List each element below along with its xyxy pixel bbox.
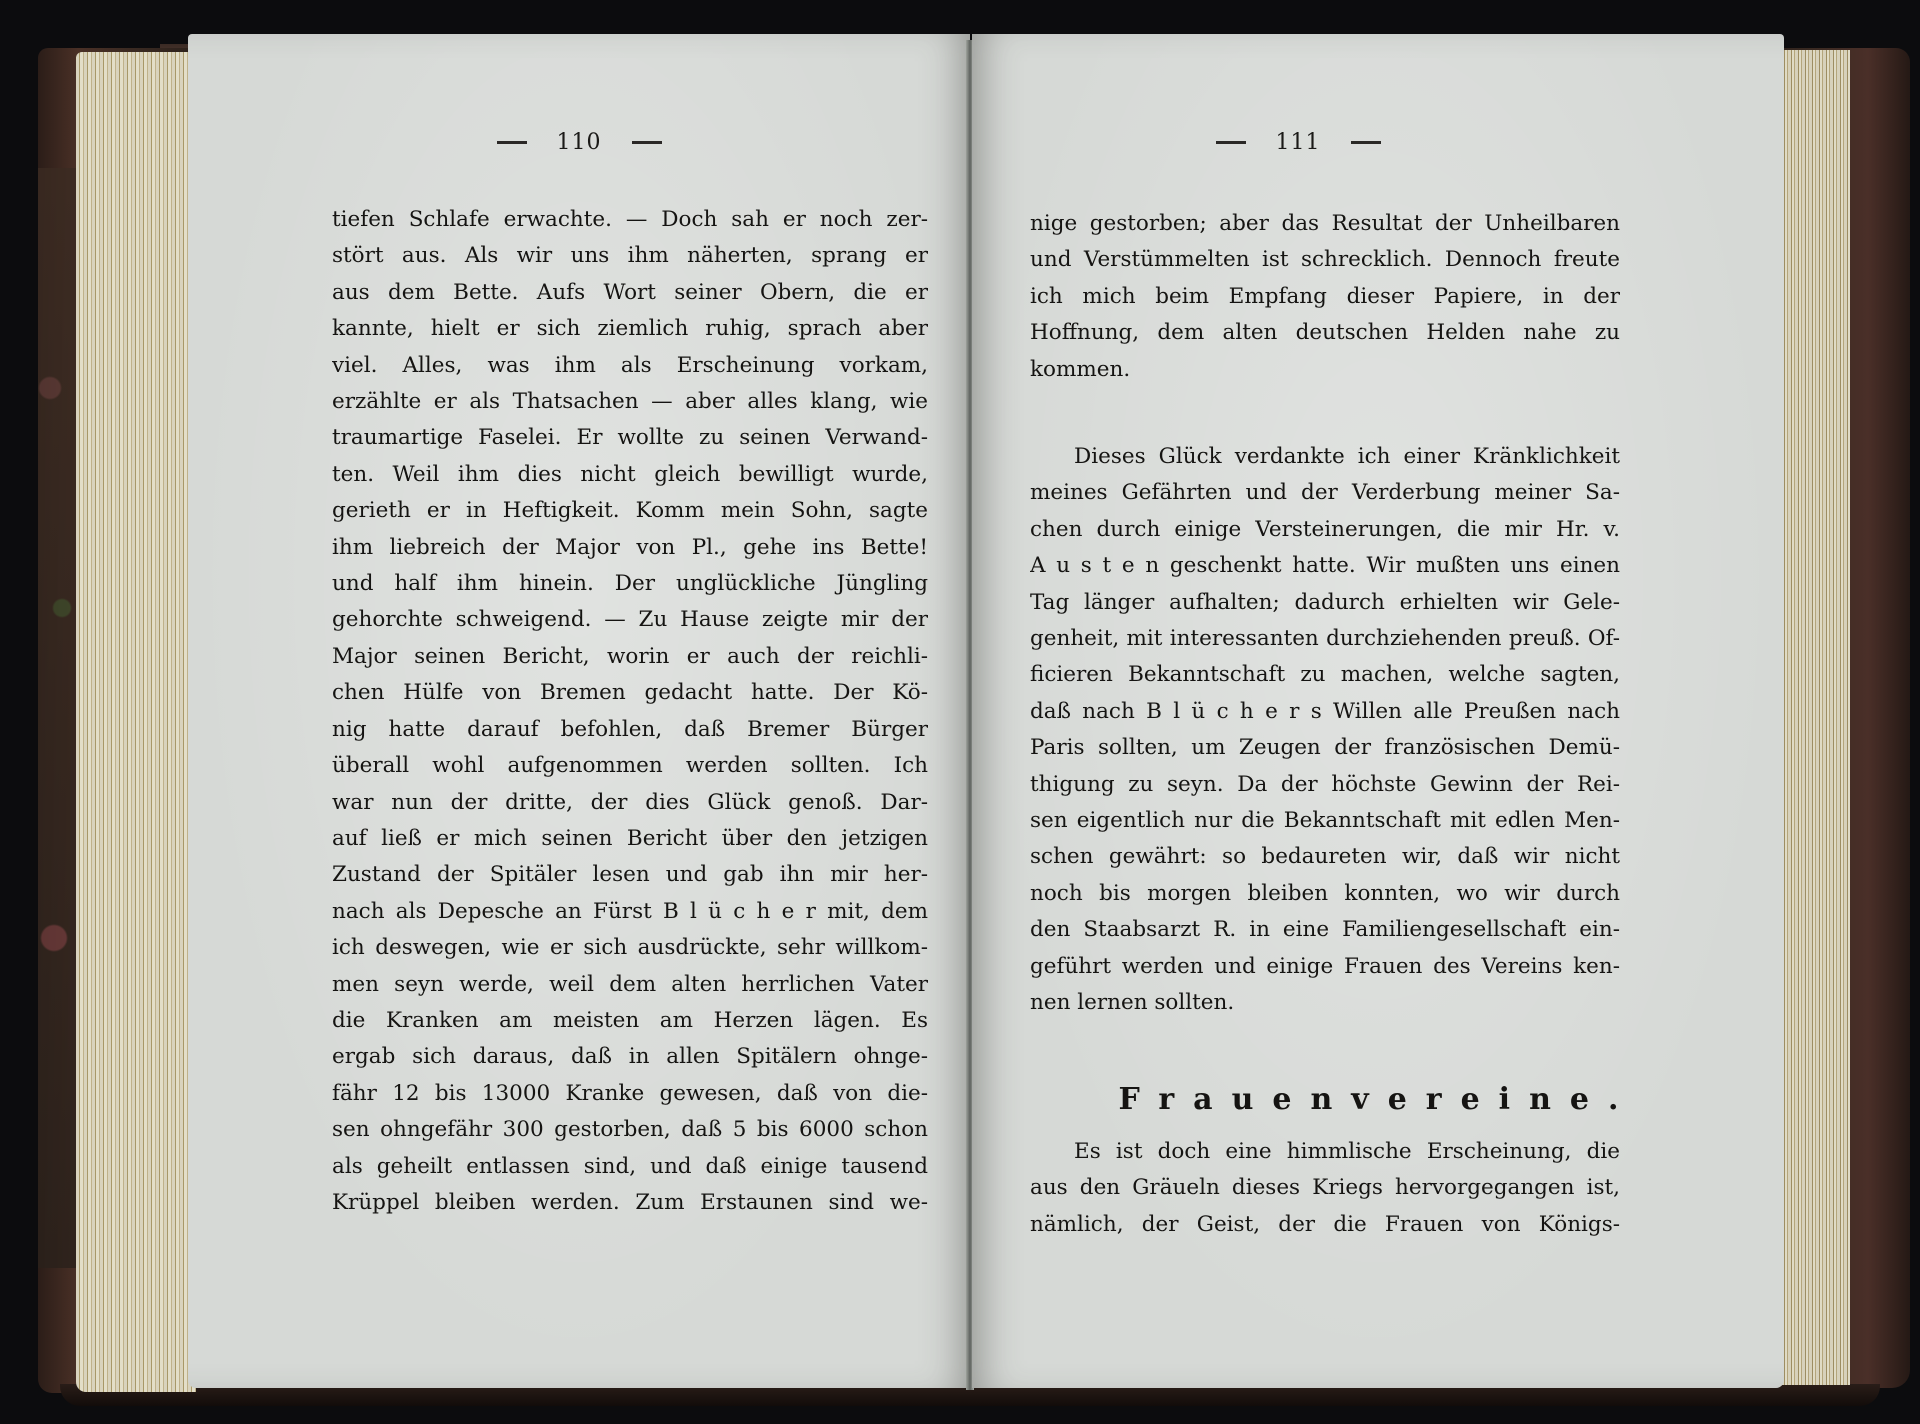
text-line: men seyn werde, weil dem alten herrliche… <box>332 967 928 1003</box>
text-line: Es ist doch eine himmlische Erscheinung,… <box>1030 1134 1620 1170</box>
header-dash <box>1351 141 1381 144</box>
text-line: ich mich beim Empfang dieser Papiere, in… <box>1030 279 1620 315</box>
page-number: 111 <box>1276 130 1321 155</box>
left-page-text: tiefen Schlafe erwachte. — Doch sah er n… <box>332 202 928 1221</box>
paragraph-frauenvereine: Es ist doch eine himmlische Erscheinung,… <box>1030 1134 1620 1243</box>
text-line: A u s t e n geschenkt hatte. Wir mußten … <box>1030 548 1620 584</box>
text-line: sen eigentlich nur die Bekanntschaft mit… <box>1030 803 1620 839</box>
paragraph-continuation: nige gestorben; aber das Resultat der Un… <box>1030 206 1620 388</box>
text-line: Tag länger aufhalten; dadurch erhielten … <box>1030 585 1620 621</box>
text-line: gehorchte schweigend. — Zu Hause zeigte … <box>332 602 928 638</box>
text-line: Paris sollten, um Zeugen der französisch… <box>1030 730 1620 766</box>
text-line: nach als Depesche an Fürst B l ü c h e r… <box>332 894 928 930</box>
text-line: aus den Gräueln dieses Kriegs hervorgega… <box>1030 1170 1620 1206</box>
text-line: den Staabsarzt R. in eine Familiengesell… <box>1030 912 1620 948</box>
header-dash <box>497 141 527 144</box>
text-line: geführt werden und einige Frauen des Ver… <box>1030 949 1620 985</box>
text-line: Dieses Glück verdankte ich einer Kränkli… <box>1030 439 1620 475</box>
header-dash <box>1216 141 1246 144</box>
paragraph-gluck: Dieses Glück verdankte ich einer Kränkli… <box>1030 439 1620 1022</box>
text-line: ihm liebreich der Major von Pl., gehe in… <box>332 530 928 566</box>
text-line: tiefen Schlafe erwachte. — Doch sah er n… <box>332 202 928 238</box>
page-number: 110 <box>557 130 602 155</box>
text-line: meines Gefährten und der Verderbung mein… <box>1030 475 1620 511</box>
text-line: kommen. <box>1030 352 1620 388</box>
text-line: genheit, mit interessanten durchziehende… <box>1030 621 1620 657</box>
text-line: überall wohl aufgenommen werden sollten.… <box>332 748 928 784</box>
text-line: und Verstümmelten ist schrecklich. Denno… <box>1030 242 1620 278</box>
text-line: kannte, hielt er sich ziemlich ruhig, sp… <box>332 311 928 347</box>
section-heading: Frauenvereine. <box>972 1082 1784 1117</box>
text-line: ficieren Bekanntschaft zu machen, welche… <box>1030 657 1620 693</box>
text-line: und half ihm hinein. Der unglückliche Jü… <box>332 566 928 602</box>
open-book: 110 tiefen Schlafe erwachte. — Doch sah … <box>0 0 1920 1424</box>
text-line: Zustand der Spitäler lesen und gab ihn m… <box>332 857 928 893</box>
text-line: Krüppel bleiben werden. Zum Erstaunen si… <box>332 1185 928 1221</box>
text-line: thigung zu seyn. Da der höchste Gewinn d… <box>1030 767 1620 803</box>
left-page: 110 tiefen Schlafe erwachte. — Doch sah … <box>188 34 970 1388</box>
text-line: nige gestorben; aber das Resultat der Un… <box>1030 206 1620 242</box>
text-line: noch bis morgen bleiben konnten, wo wir … <box>1030 876 1620 912</box>
text-line: daß nach B l ü c h e r s Willen alle Pre… <box>1030 694 1620 730</box>
text-line: nämlich, der Geist, der die Frauen von K… <box>1030 1207 1620 1243</box>
text-line: chen durch einige Versteinerungen, die m… <box>1030 512 1620 548</box>
page-header-right: 111 <box>892 130 1704 155</box>
text-line: chen Hülfe von Bremen gedacht hatte. Der… <box>332 675 928 711</box>
text-line: fähr 12 bis 13000 Kranke gewesen, daß vo… <box>332 1076 928 1112</box>
text-line: schen gewährt: so bedaureten wir, daß wi… <box>1030 839 1620 875</box>
text-line: aus dem Bette. Aufs Wort seiner Obern, d… <box>332 275 928 311</box>
text-line: war nun der dritte, der dies Glück genoß… <box>332 785 928 821</box>
page-edges-left <box>76 52 196 1392</box>
text-line: ergab sich daraus, daß in allen Spitäler… <box>332 1039 928 1075</box>
text-line: sen ohngefähr 300 gestorben, daß 5 bis 6… <box>332 1112 928 1148</box>
text-line: auf ließ er mich seinen Bericht über den… <box>332 821 928 857</box>
text-line: nen lernen sollten. <box>1030 985 1620 1021</box>
text-line: Major seinen Bericht, worin er auch der … <box>332 639 928 675</box>
text-line: gerieth er in Heftigkeit. Komm mein Sohn… <box>332 493 928 529</box>
text-line: Hoffnung, dem alten deutschen Helden nah… <box>1030 315 1620 351</box>
text-line: die Kranken am meisten am Herzen lägen. … <box>332 1003 928 1039</box>
text-line: nig hatte darauf befohlen, daß Bremer Bü… <box>332 712 928 748</box>
text-line: ich deswegen, wie er sich ausdrückte, se… <box>332 930 928 966</box>
text-line: erzählte er als Thatsachen — aber alles … <box>332 384 928 420</box>
text-line: stört aus. Als wir uns ihm näherten, spr… <box>332 238 928 274</box>
text-line: ten. Weil ihm dies nicht gleich bewillig… <box>332 457 928 493</box>
text-line: viel. Alles, was ihm als Erscheinung vor… <box>332 348 928 384</box>
page-header-left: 110 <box>188 130 970 155</box>
header-dash <box>632 141 662 144</box>
text-line: traumartige Faselei. Er wollte zu seinen… <box>332 420 928 456</box>
right-page: 111 nige gestorben; aber das Resultat de… <box>972 34 1784 1388</box>
text-line: als geheilt entlassen sind, und daß eini… <box>332 1149 928 1185</box>
